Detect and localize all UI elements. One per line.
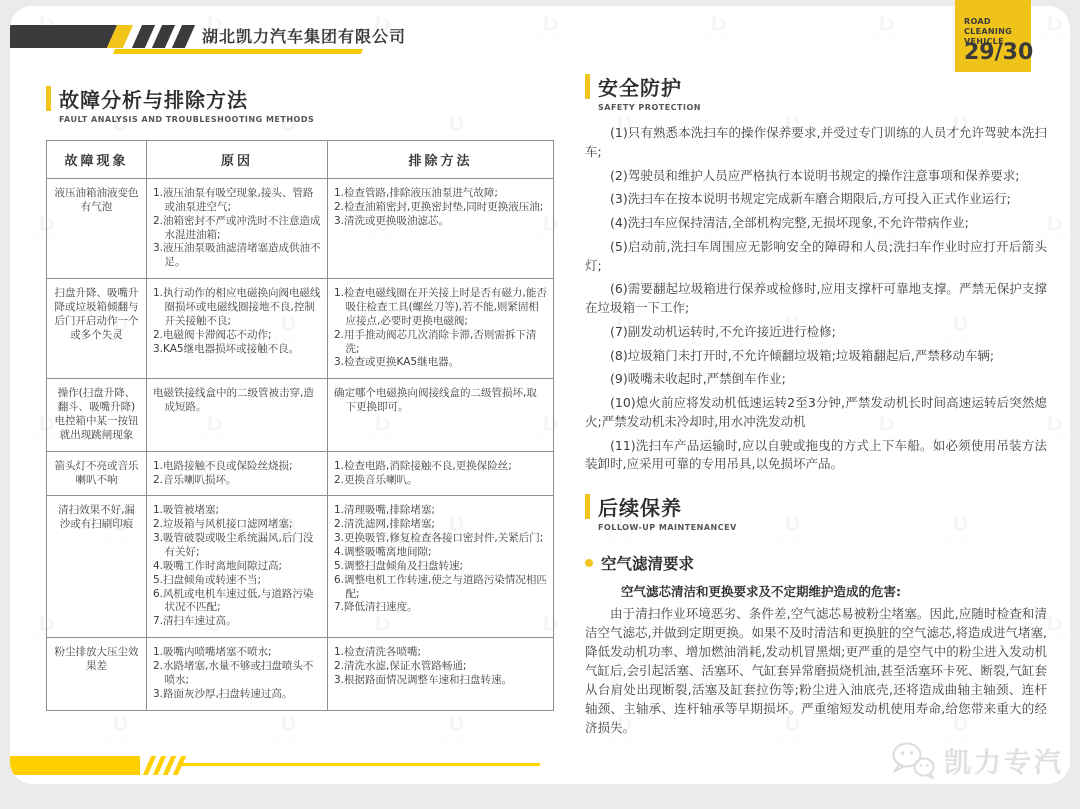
fault-table-row: 粉尘排放大压尘效果差1.吸嘴内喷嘴堵塞不喷水;2.水路堵塞,水量不够或扫盘喷头不… xyxy=(47,638,554,710)
watermark-label: 凯力专汽 xyxy=(536,34,564,43)
safety-item: (8)垃圾箱门未打开时,不允许倾翻垃圾箱;垃圾箱翻起后,严禁移动车辆; xyxy=(585,347,1047,366)
corner-tab: ROAD CLEANING VEHICLE 29/30 xyxy=(955,0,1031,72)
remedy-cell: 1.清理吸嘴,排除堵塞;2.清洗滤网,排除堵塞;3.更换吸管,修复检查各接口密封… xyxy=(328,496,554,638)
cause-item: 2.水路堵塞,水量不够或扫盘喷头不喷水; xyxy=(153,660,321,688)
watermark-glyph-icon: Ʋ xyxy=(1045,413,1064,435)
cause-item: 4.吸嘴工作时离地间隙过高; xyxy=(153,560,321,574)
cause-item: 6.风机或电机车速过低,与道路污染状况不匹配; xyxy=(153,588,321,616)
cause-item: 1.液压油泵有吸空现象,接头、管路或油泵进空气; xyxy=(153,187,321,215)
cause-item: 2.电磁阀卡滞阀芯不动作; xyxy=(153,329,321,343)
cause-cell: 1.液压油泵有吸空现象,接头、管路或油泵进空气;2.油箱密封不严或冲洗时不注意造… xyxy=(147,179,328,279)
cause-item: 3.路面灰沙厚,扫盘转速过高。 xyxy=(153,688,321,702)
cause-item: 电磁铁接线盒中的二级管被击穿,造成短路。 xyxy=(153,387,321,415)
bullet-dot-icon xyxy=(585,559,593,567)
fault-section-title: 故障分析与排除方法 xyxy=(59,84,248,113)
watermark-glyph-icon: Ʋ xyxy=(1045,613,1064,635)
cause-item: 7.清扫车速过高。 xyxy=(153,615,321,629)
cause-cell: 1.执行动作的相应电磁换向阀电磁线圈损坏或电磁线圈接地不良,控制开关接触不良;2… xyxy=(147,279,328,379)
remedy-item: 1.检查电磁线圈在开关接上时是否有磁力,能否吸住检查工具(螺丝刀等),若不能,则… xyxy=(334,287,547,329)
brand-watermark: Ʋ凯力专汽 xyxy=(274,714,302,743)
brand-watermark: Ʋ凯力专汽 xyxy=(442,714,470,743)
safety-section-subtitle: SAFETY PROTECTION xyxy=(598,103,1047,112)
remedy-cell: 确定哪个电磁换向阀接线盒的二级管损坏,取下更换即可。 xyxy=(328,379,554,451)
header-dark-slash-icon xyxy=(172,25,195,48)
watermark-label: 凯力专汽 xyxy=(274,734,302,743)
brand-watermark: Ʋ凯力专汽 xyxy=(872,14,900,43)
cause-cell: 1.吸管被堵塞;2.垃圾箱与风机接口滤网堵塞;3.吸管破裂或吸尘系统漏风,后门没… xyxy=(147,496,328,638)
title-accent-bar xyxy=(585,74,590,99)
safety-title-row: 安全防护 xyxy=(585,72,1047,101)
header-yellow-underline xyxy=(113,49,363,54)
air-filter-bold-line: 空气滤芯清洁和更换要求及不定期维护造成的危害: xyxy=(585,582,1047,600)
title-accent-bar xyxy=(46,86,51,111)
phenomenon-cell: 操作(扫盘升降、翻斗、吸嘴升降)电控箱中某一按钮就出现跳闸现象 xyxy=(47,379,147,451)
watermark-label: 凯力专汽 xyxy=(442,734,470,743)
remedy-item: 1.检查清洗各喷嘴; xyxy=(334,646,547,660)
maintenance-title-row: 后续保养 xyxy=(585,492,1047,521)
cause-item: 1.吸嘴内喷嘴堵塞不喷水; xyxy=(153,646,321,660)
remedy-item: 确定哪个电磁换向阀接线盒的二级管损坏,取下更换即可。 xyxy=(334,387,547,415)
fault-table-header-cell: 原因 xyxy=(147,141,328,179)
maintenance-section-title: 后续保养 xyxy=(598,492,682,521)
cause-cell: 1.电路接触不良或保险丝烧损;2.音乐喇叭损坏。 xyxy=(147,451,328,496)
watermark-label: 凯力专汽 xyxy=(704,34,732,43)
safety-item: (5)启动前,洗扫车周围应无影响安全的障碍和人员;洗扫车作业时应打开后箭头灯; xyxy=(585,238,1047,276)
safety-item: (11)洗扫车产品运输时,应以自驶或拖曳的方式上下车船。如必须使用吊装方法装卸时… xyxy=(585,437,1047,475)
phenomenon-cell: 箭头灯不亮或音乐喇叭不响 xyxy=(47,451,147,496)
remedy-item: 1.清理吸嘴,排除堵塞; xyxy=(334,504,547,518)
remedy-cell: 1.检查电磁线圈在开关接上时是否有磁力,能否吸住检查工具(螺丝刀等),若不能,则… xyxy=(328,279,554,379)
safety-items: (1)只有熟悉本洗扫车的操作保养要求,并受过专门训练的人员才允许驾驶本洗扫车;(… xyxy=(585,124,1047,474)
cause-cell: 1.吸嘴内喷嘴堵塞不喷水;2.水路堵塞,水量不够或扫盘喷头不喷水;3.路面灰沙厚… xyxy=(147,638,328,710)
cause-item: 2.油箱密封不严或冲洗时不注意造成水混进油箱; xyxy=(153,215,321,243)
air-filter-paragraph: 由于清扫作业环境恶劣、条件差,空气滤芯易被粉尘堵塞。因此,应随时检查和清洁空气滤… xyxy=(585,604,1047,737)
watermark-glyph-icon: Ʋ xyxy=(447,713,466,735)
watermark-glyph-icon: Ʋ xyxy=(111,713,130,735)
remedy-item: 2.检查油箱密封,更换密封垫,同时更换液压油; xyxy=(334,201,547,215)
manual-page: Ʋ凯力专汽Ʋ凯力专汽Ʋ凯力专汽Ʋ凯力专汽Ʋ凯力专汽Ʋ凯力专汽Ʋ凯力专汽Ʋ凯力专汽… xyxy=(10,6,1070,784)
phenomenon-cell: 扫盘升降、吸嘴升降或垃圾箱倾翻与后门开启动作一个或多个失灵 xyxy=(47,279,147,379)
remedy-item: 1.检查电路,消除接触不良,更换保险丝; xyxy=(334,460,547,474)
safety-item: (1)只有熟悉本洗扫车的操作保养要求,并受过专门训练的人员才允许驾驶本洗扫车; xyxy=(585,124,1047,162)
watermark-glyph-icon: Ʋ xyxy=(877,13,896,35)
safety-section-title: 安全防护 xyxy=(598,72,682,101)
cause-item: 5.扫盘倾角或转速不当; xyxy=(153,574,321,588)
remedy-cell: 1.检查管路,排除液压油泵进气故障;2.检查油箱密封,更换密封垫,同时更换液压油… xyxy=(328,179,554,279)
footer-yellow-bar xyxy=(10,756,140,775)
remedy-cell: 1.检查清洗各喷嘴;2.清洗水滤,保证水管路畅通;3.根据路面情况调整车速和扫盘… xyxy=(328,638,554,710)
maintenance-section: 后续保养 FOLLOW-UP MAINTENANCEV 空气滤清要求 空气滤芯清… xyxy=(585,492,1047,737)
header-dark-slash-icon xyxy=(152,25,175,48)
fault-table: 故障现象原因排除方法液压油箱油液变色有气泡1.液压油泵有吸空现象,接头、管路或油… xyxy=(46,140,554,711)
fault-table-row: 液压油箱油液变色有气泡1.液压油泵有吸空现象,接头、管路或油泵进空气;2.油箱密… xyxy=(47,179,554,279)
fault-section-subtitle: FAULT ANALYSIS AND TROUBLESHOOTING METHO… xyxy=(59,115,546,124)
watermark-glyph-icon: Ʋ xyxy=(541,13,560,35)
remedy-item: 7.降低清扫速度。 xyxy=(334,601,547,615)
screenshot-canvas: Ʋ凯力专汽Ʋ凯力专汽Ʋ凯力专汽Ʋ凯力专汽Ʋ凯力专汽Ʋ凯力专汽Ʋ凯力专汽Ʋ凯力专汽… xyxy=(0,0,1080,809)
watermark-label: 凯力专汽 xyxy=(106,734,134,743)
fault-table-head: 故障现象原因排除方法 xyxy=(47,141,554,179)
safety-item: (10)熄火前应将发动机低速运转2至3分钟,严禁发动机长时间高速运转后突然熄火;… xyxy=(585,394,1047,432)
fault-table-row: 操作(扫盘升降、翻斗、吸嘴升降)电控箱中某一按钮就出现跳闸现象电磁铁接线盒中的二… xyxy=(47,379,554,451)
remedy-item: 2.用手推动阀芯几次消除卡滞,否则需拆下清洗; xyxy=(334,329,547,357)
fault-table-header-cell: 故障现象 xyxy=(47,141,147,179)
brand-footer: 凯力专汽 xyxy=(890,740,1064,780)
watermark-label: 凯力专汽 xyxy=(872,34,900,43)
remedy-item: 1.检查管路,排除液压油泵进气故障; xyxy=(334,187,547,201)
fault-table-body: 液压油箱油液变色有气泡1.液压油泵有吸空现象,接头、管路或油泵进空气;2.油箱密… xyxy=(47,179,554,711)
remedy-item: 2.清洗滤网,排除堵塞; xyxy=(334,518,547,532)
remedy-item: 2.清洗水滤,保证水管路畅通; xyxy=(334,660,547,674)
product-name-line1: ROAD CLEANING xyxy=(964,17,1031,37)
fault-table-row: 清扫效果不好,漏沙或有扫刷印痕1.吸管被堵塞;2.垃圾箱与风机接口滤网堵塞;3.… xyxy=(47,496,554,638)
remedy-item: 3.检查或更换KA5继电器。 xyxy=(334,356,547,370)
cause-item: 1.电路接触不良或保险丝烧损; xyxy=(153,460,321,474)
safety-item: (6)需要翻起垃圾箱进行保养或检修时,应用支撑杆可靠地支撑。严禁无保护支撑在垃圾… xyxy=(585,280,1047,318)
remedy-item: 6.调整电机工作转速,使之与道路污染情况相匹配; xyxy=(334,574,547,602)
fault-table-row: 扫盘升降、吸嘴升降或垃圾箱倾翻与后门开启动作一个或多个失灵1.执行动作的相应电磁… xyxy=(47,279,554,379)
cause-item: 2.垃圾箱与风机接口滤网堵塞; xyxy=(153,518,321,532)
remedy-cell: 1.检查电路,消除接触不良,更换保险丝;2.更换音乐喇叭。 xyxy=(328,451,554,496)
company-name: 湖北凯力汽车集团有限公司 xyxy=(202,25,406,48)
maintenance-section-subtitle: FOLLOW-UP MAINTENANCEV xyxy=(598,523,1047,532)
air-filter-heading-row: 空气滤清要求 xyxy=(585,552,1047,574)
fault-section: 故障分析与排除方法 FAULT ANALYSIS AND TROUBLESHOO… xyxy=(46,84,546,711)
watermark-glyph-icon: Ʋ xyxy=(709,13,728,35)
cause-cell: 电磁铁接线盒中的二级管被击穿,造成短路。 xyxy=(147,379,328,451)
watermark-label: 凯力专汽 xyxy=(1040,34,1068,43)
fault-table-header-row: 故障现象原因排除方法 xyxy=(47,141,554,179)
remedy-item: 3.清洗或更换吸油滤芯。 xyxy=(334,215,547,229)
cause-item: 1.执行动作的相应电磁换向阀电磁线圈损坏或电磁线圈接地不良,控制开关接触不良; xyxy=(153,287,321,329)
brand-name: 凯力专汽 xyxy=(944,741,1064,780)
footer-yellow-line xyxy=(182,763,540,766)
brand-watermark: Ʋ凯力专汽 xyxy=(536,14,564,43)
safety-item: (3)洗扫车在按本说明书规定完成新车磨合期限后,方可投入正式作业运行; xyxy=(585,190,1047,209)
header-dark-slash-icon xyxy=(132,25,155,48)
watermark-glyph-icon: Ʋ xyxy=(1045,213,1064,235)
phenomenon-cell: 液压油箱油液变色有气泡 xyxy=(47,179,147,279)
cause-item: 3.KA5继电器损坏或接触不良。 xyxy=(153,343,321,357)
right-column: 安全防护 SAFETY PROTECTION (1)只有熟悉本洗扫车的操作保养要… xyxy=(585,72,1047,784)
brand-watermark: Ʋ凯力专汽 xyxy=(1040,14,1068,43)
cause-item: 1.吸管被堵塞; xyxy=(153,504,321,518)
brand-watermark: Ʋ凯力专汽 xyxy=(106,714,134,743)
safety-item: (4)洗扫车应保持清洁,全部机构完整,无损坏现象,不允许带病作业; xyxy=(585,214,1047,233)
cause-item: 2.音乐喇叭损坏。 xyxy=(153,474,321,488)
safety-item: (9)吸嘴未收起时,严禁倒车作业; xyxy=(585,370,1047,389)
safety-item: (7)副发动机运转时,不允许接近进行检修; xyxy=(585,323,1047,342)
fault-table-header-cell: 排除方法 xyxy=(328,141,554,179)
phenomenon-cell: 清扫效果不好,漏沙或有扫刷印痕 xyxy=(47,496,147,638)
brand-watermark: Ʋ凯力专汽 xyxy=(704,14,732,43)
remedy-item: 4.调整吸嘴离地间隙; xyxy=(334,546,547,560)
cause-item: 3.吸管破裂或吸尘系统漏风,后门没有关好; xyxy=(153,532,321,560)
remedy-item: 3.更换吸管,修复检查各接口密封件,关紧后门; xyxy=(334,532,547,546)
air-filter-heading: 空气滤清要求 xyxy=(601,552,694,574)
title-accent-bar xyxy=(585,494,590,519)
remedy-item: 2.更换音乐喇叭。 xyxy=(334,474,547,488)
watermark-glyph-icon: Ʋ xyxy=(279,713,298,735)
cause-item: 3.液压油泵吸油滤清堵塞造成供油不足。 xyxy=(153,242,321,270)
safety-item: (2)驾驶员和维护人员应严格执行本说明书规定的操作注意事项和保养要求; xyxy=(585,167,1047,186)
fault-section-title-row: 故障分析与排除方法 xyxy=(46,84,546,113)
header-dark-band xyxy=(10,25,117,48)
remedy-item: 3.根据路面情况调整车速和扫盘转速。 xyxy=(334,674,547,688)
remedy-item: 5.调整扫盘倾角及扫盘转速; xyxy=(334,560,547,574)
page-number: 29/30 xyxy=(964,40,1033,65)
phenomenon-cell: 粉尘排放大压尘效果差 xyxy=(47,638,147,710)
wechat-icon xyxy=(890,740,936,780)
fault-table-row: 箭头灯不亮或音乐喇叭不响1.电路接触不良或保险丝烧损;2.音乐喇叭损坏。1.检查… xyxy=(47,451,554,496)
watermark-glyph-icon: Ʋ xyxy=(1045,13,1064,35)
